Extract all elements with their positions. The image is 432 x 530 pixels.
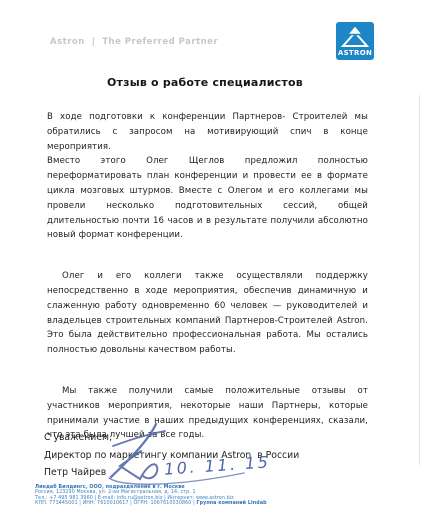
footer-legal-line: КПП: 773445001 | ИНН: 7610010617 | ОГРН:… [35,501,335,506]
paragraph-2: Вместо этого Олег Щеглов предложил полно… [47,154,368,243]
paragraph-3: Олег и его коллеги также осуществляли по… [47,269,368,358]
astron-logo: ASTRON [336,22,374,60]
footer-legal: КПП: 773445001 | ИНН: 7610010617 | ОГРН:… [35,501,196,506]
page-title: Отзыв о работе специалистов [107,76,303,89]
letterhead-tagline: Astron | The Preferred Partner [50,37,218,47]
paragraph-1: В ходе подготовки к конференции Партнеро… [47,110,368,154]
footer-group: Группа компаний Lindab [196,501,266,506]
letterhead-footer: Линдаб Билдингс, ООО, подразделение в г.… [35,485,335,506]
logo-wordmark: ASTRON [338,49,372,57]
scan-edge-line [419,95,420,465]
signoff-closing: С уважением, [44,432,299,450]
astron-logo-icon: ASTRON [336,22,374,60]
letter-body: В ходе подготовки к конференции Партнеро… [47,110,368,443]
letter-page: Astron | The Preferred Partner ASTRON От… [0,0,432,530]
